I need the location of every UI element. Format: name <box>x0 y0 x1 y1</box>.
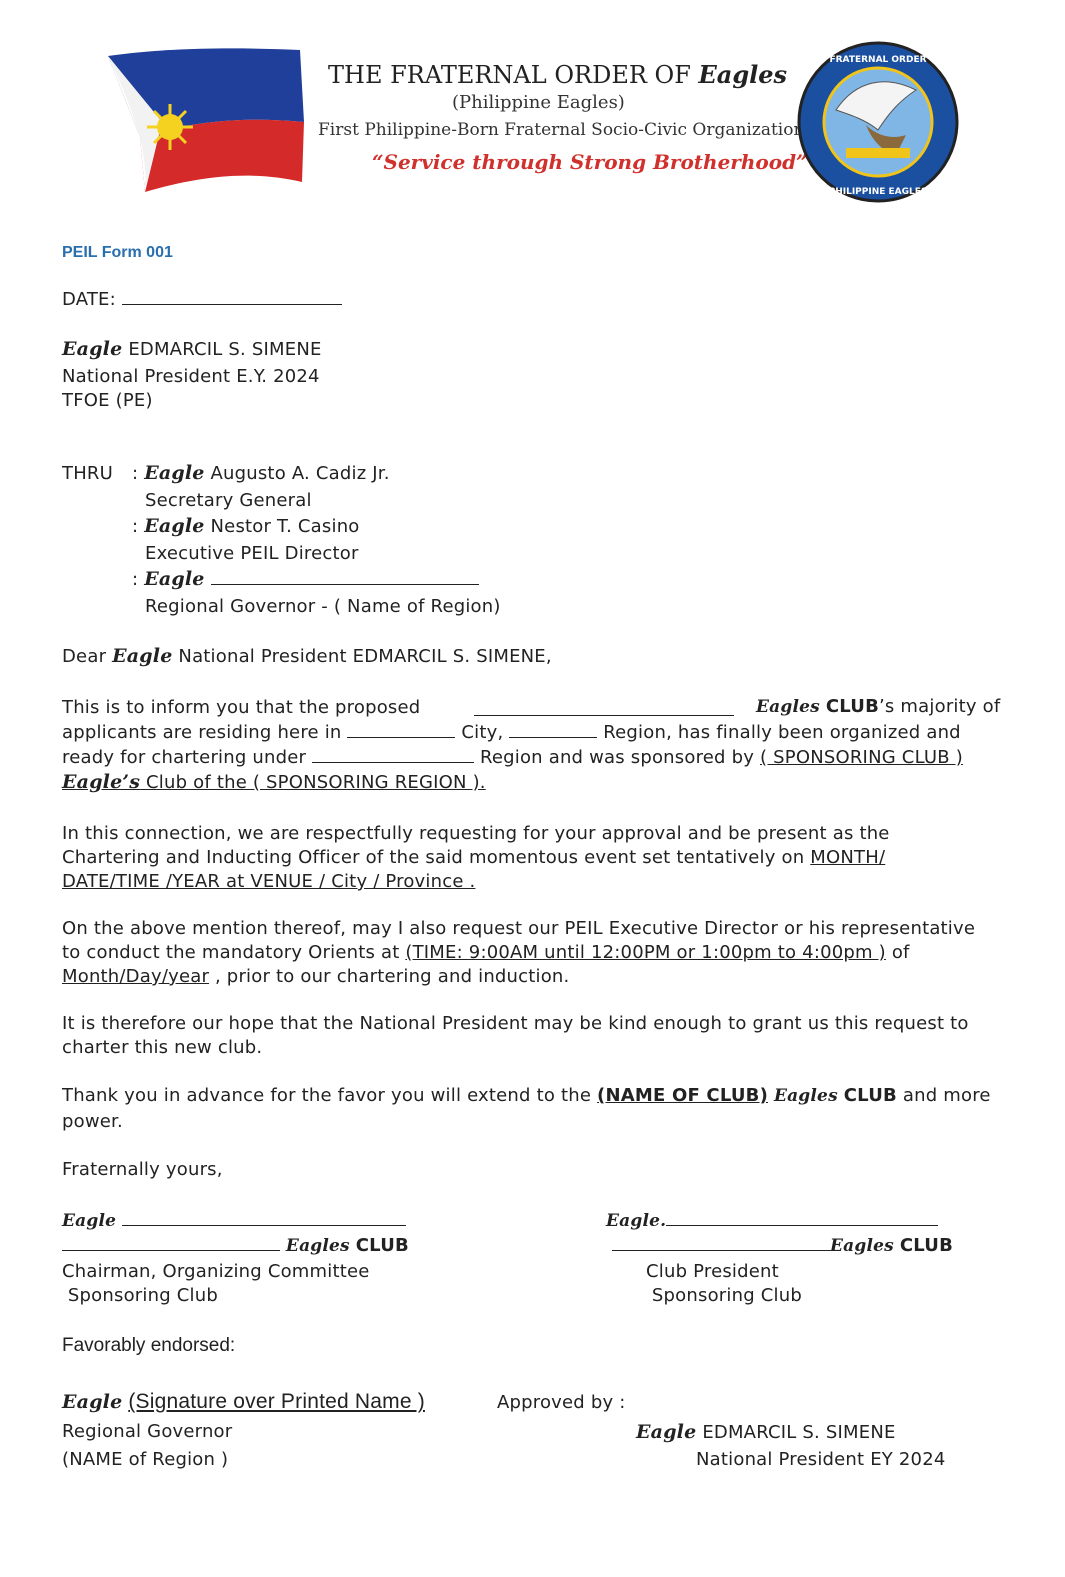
org-subtitle: (Philippine Eagles) <box>452 92 625 113</box>
svg-text:PHILIPPINE EAGLES: PHILIPPINE EAGLES <box>829 187 928 197</box>
eagles-script: Eagles <box>830 1236 894 1256</box>
p2-line-1: In this connection, we are respectfully … <box>62 823 890 844</box>
eagle-prefix: Eagle. <box>606 1211 666 1231</box>
club-label: CLUB <box>356 1235 409 1256</box>
p3-text: to conduct the mandatory Orients at <box>62 942 399 963</box>
org-title-text: THE FRATERNAL ORDER OF <box>328 61 691 89</box>
thru-entry-1: : Eagle Augusto A. Cadiz Jr. <box>132 462 390 484</box>
thru-title-2: Executive PEIL Director <box>145 543 359 564</box>
city-field[interactable] <box>347 723 455 738</box>
sig-left-title-1: Chairman, Organizing Committee <box>62 1261 370 1282</box>
p1-line-2: applicants are residing here in City, Re… <box>62 722 961 743</box>
thru-entry-3: : Eagle <box>132 568 479 590</box>
month-placeholder: MONTH/ <box>810 847 885 868</box>
approval-name-line: Eagle EDMARCIL S. SIMENE <box>636 1421 896 1443</box>
p1-text: This is to inform you that the proposed <box>62 697 420 718</box>
orientation-time-placeholder: (TIME: 9:00AM until 12:00PM or 1:00pm to… <box>405 942 886 963</box>
addressee-org: TFOE (PE) <box>62 390 153 411</box>
svg-text:FRATERNAL ORDER: FRATERNAL ORDER <box>829 55 926 65</box>
eagles-script: Eagles <box>286 1236 350 1256</box>
date-row: DATE: <box>62 289 342 310</box>
p5-text: Thank you in advance for the favor you w… <box>62 1085 591 1106</box>
p5-text: and more <box>903 1085 991 1106</box>
sponsoring-club-placeholder: ( SPONSORING CLUB ) <box>760 747 963 768</box>
club-label: CLUB <box>826 696 879 717</box>
chairman-signature-field[interactable] <box>122 1211 406 1226</box>
p1-text: ’s majority of <box>879 696 1000 717</box>
p1-text: ready for chartering under <box>62 747 306 768</box>
chartering-region-field[interactable] <box>312 748 474 763</box>
sig-left-line-2: Eagles CLUB <box>62 1235 409 1256</box>
p3-text: of <box>892 942 910 963</box>
philippine-eagles-seal-icon: FRATERNAL ORDER PHILIPPINE EAGLES <box>796 40 960 204</box>
club-name-placeholder: (NAME OF CLUB) <box>597 1085 768 1106</box>
p4-line-1: It is therefore our hope that the Nation… <box>62 1013 969 1034</box>
endorsement-signature-line: Eagle (Signature over Printed Name ) <box>62 1390 425 1414</box>
sig-right-line-1: Eagle. <box>606 1210 938 1231</box>
p2-line-3: DATE/TIME /YEAR at VENUE / City / Provin… <box>62 871 475 892</box>
club-label: CLUB <box>844 1085 897 1106</box>
p2-text: Chartering and Inducting Officer of the … <box>62 847 804 868</box>
closing: Fraternally yours, <box>62 1159 223 1180</box>
endorsement-label: Favorably endorsed: <box>62 1335 235 1357</box>
p1-text: Region and was sponsored by <box>480 747 754 768</box>
p2-line-2: Chartering and Inducting Officer of the … <box>62 847 885 868</box>
endorsement-title-1: Regional Governor <box>62 1421 232 1442</box>
sig-right-title-1: Club President <box>646 1261 779 1282</box>
org-tagline: First Philippine-Born Fraternal Socio-Ci… <box>318 120 804 140</box>
p5-line-2: power. <box>62 1111 123 1132</box>
sponsoring-region-placeholder: Club of the ( SPONSORING REGION ). <box>146 772 486 793</box>
p1-line-1: This is to inform you that the proposed <box>62 697 420 718</box>
eagle-prefix: Eagle <box>144 462 204 484</box>
eagles-script: Eagles <box>756 697 820 717</box>
p3-line-2: to conduct the mandatory Orients at (TIM… <box>62 942 910 963</box>
eagles-script: Eagle’s <box>62 771 140 793</box>
thru-entry-2: : Eagle Nestor T. Casino <box>132 515 360 537</box>
p1-text: Region, has finally been organized and <box>603 722 961 743</box>
sig-right-line-2: Eagles CLUB <box>612 1235 953 1256</box>
endorsement-title-2: (NAME of Region ) <box>62 1449 228 1470</box>
addressee-name: EDMARCIL S. SIMENE <box>128 339 321 360</box>
eagle-prefix: Eagle <box>112 645 172 667</box>
thru-name-2: Nestor T. Casino <box>211 516 360 537</box>
eagle-prefix: Eagle <box>62 1211 116 1231</box>
p5-line-1: Thank you in advance for the favor you w… <box>62 1085 991 1106</box>
regional-governor-name-field[interactable] <box>211 570 479 585</box>
addressee-name-line: Eagle EDMARCIL S. SIMENE <box>62 338 322 360</box>
endorsement-signature-field[interactable]: (Signature over Printed Name ) <box>128 1390 425 1413</box>
club-label: CLUB <box>900 1235 953 1256</box>
region-field[interactable] <box>509 723 597 738</box>
club-president-signature-field[interactable] <box>666 1211 938 1226</box>
proposed-club-name-field[interactable] <box>474 697 734 716</box>
sig-left-line-1: Eagle <box>62 1210 406 1231</box>
eagle-prefix: Eagle <box>144 515 204 537</box>
left-club-name-field[interactable] <box>62 1236 280 1251</box>
salutation: Dear Eagle National President EDMARCIL S… <box>62 645 552 667</box>
eagle-prefix: Eagle <box>144 568 204 590</box>
p1-line-3: ready for chartering under Region and wa… <box>62 747 963 768</box>
approval-name: EDMARCIL S. SIMENE <box>702 1422 895 1443</box>
thru-title-3: Regional Governor - ( Name of Region) <box>145 596 501 617</box>
p1-line-4: Eagle’s Club of the ( SPONSORING REGION … <box>62 771 486 793</box>
p4-line-2: charter this new club. <box>62 1037 262 1058</box>
org-motto: “Service through Strong Brotherhood” <box>372 150 808 174</box>
addressee-title: National President E.Y. 2024 <box>62 366 320 387</box>
p1-club-label: Eagles CLUB’s majority of <box>756 696 1000 717</box>
eagles-script: Eagles <box>774 1086 838 1106</box>
approval-title: National President EY 2024 <box>696 1449 946 1470</box>
date-field[interactable] <box>122 290 342 305</box>
philippine-flag-icon <box>100 42 310 192</box>
salutation-rest: National President EDMARCIL S. SIMENE, <box>178 646 551 667</box>
sig-left-title-2: Sponsoring Club <box>62 1285 218 1306</box>
form-id: PEIL Form 001 <box>62 244 173 262</box>
eagle-prefix: Eagle <box>636 1421 696 1443</box>
orientation-date-placeholder: Month/Day/year <box>62 966 209 987</box>
thru-name-1: Augusto A. Cadiz Jr. <box>211 463 390 484</box>
thru-title-1: Secretary General <box>145 490 312 511</box>
org-title: THE FRATERNAL ORDER OF Eagles <box>328 60 787 89</box>
p1-text: City, <box>461 722 503 743</box>
date-label: DATE: <box>62 289 116 310</box>
eagle-prefix: Eagle <box>62 338 122 360</box>
approval-label: Approved by : <box>497 1392 626 1413</box>
sig-right-title-2: Sponsoring Club <box>646 1285 802 1306</box>
p3-line-1: On the above mention thereof, may I also… <box>62 918 975 939</box>
org-title-script: Eagles <box>699 60 788 89</box>
salutation-pre: Dear <box>62 646 106 667</box>
p3-text: , prior to our chartering and induction. <box>209 966 569 987</box>
p3-line-3: Month/Day/year , prior to our chartering… <box>62 966 569 987</box>
thru-label: THRU <box>62 463 113 484</box>
eagle-prefix: Eagle <box>62 1391 122 1413</box>
p1-text: applicants are residing here in <box>62 722 342 743</box>
right-club-name-field[interactable] <box>612 1236 830 1251</box>
